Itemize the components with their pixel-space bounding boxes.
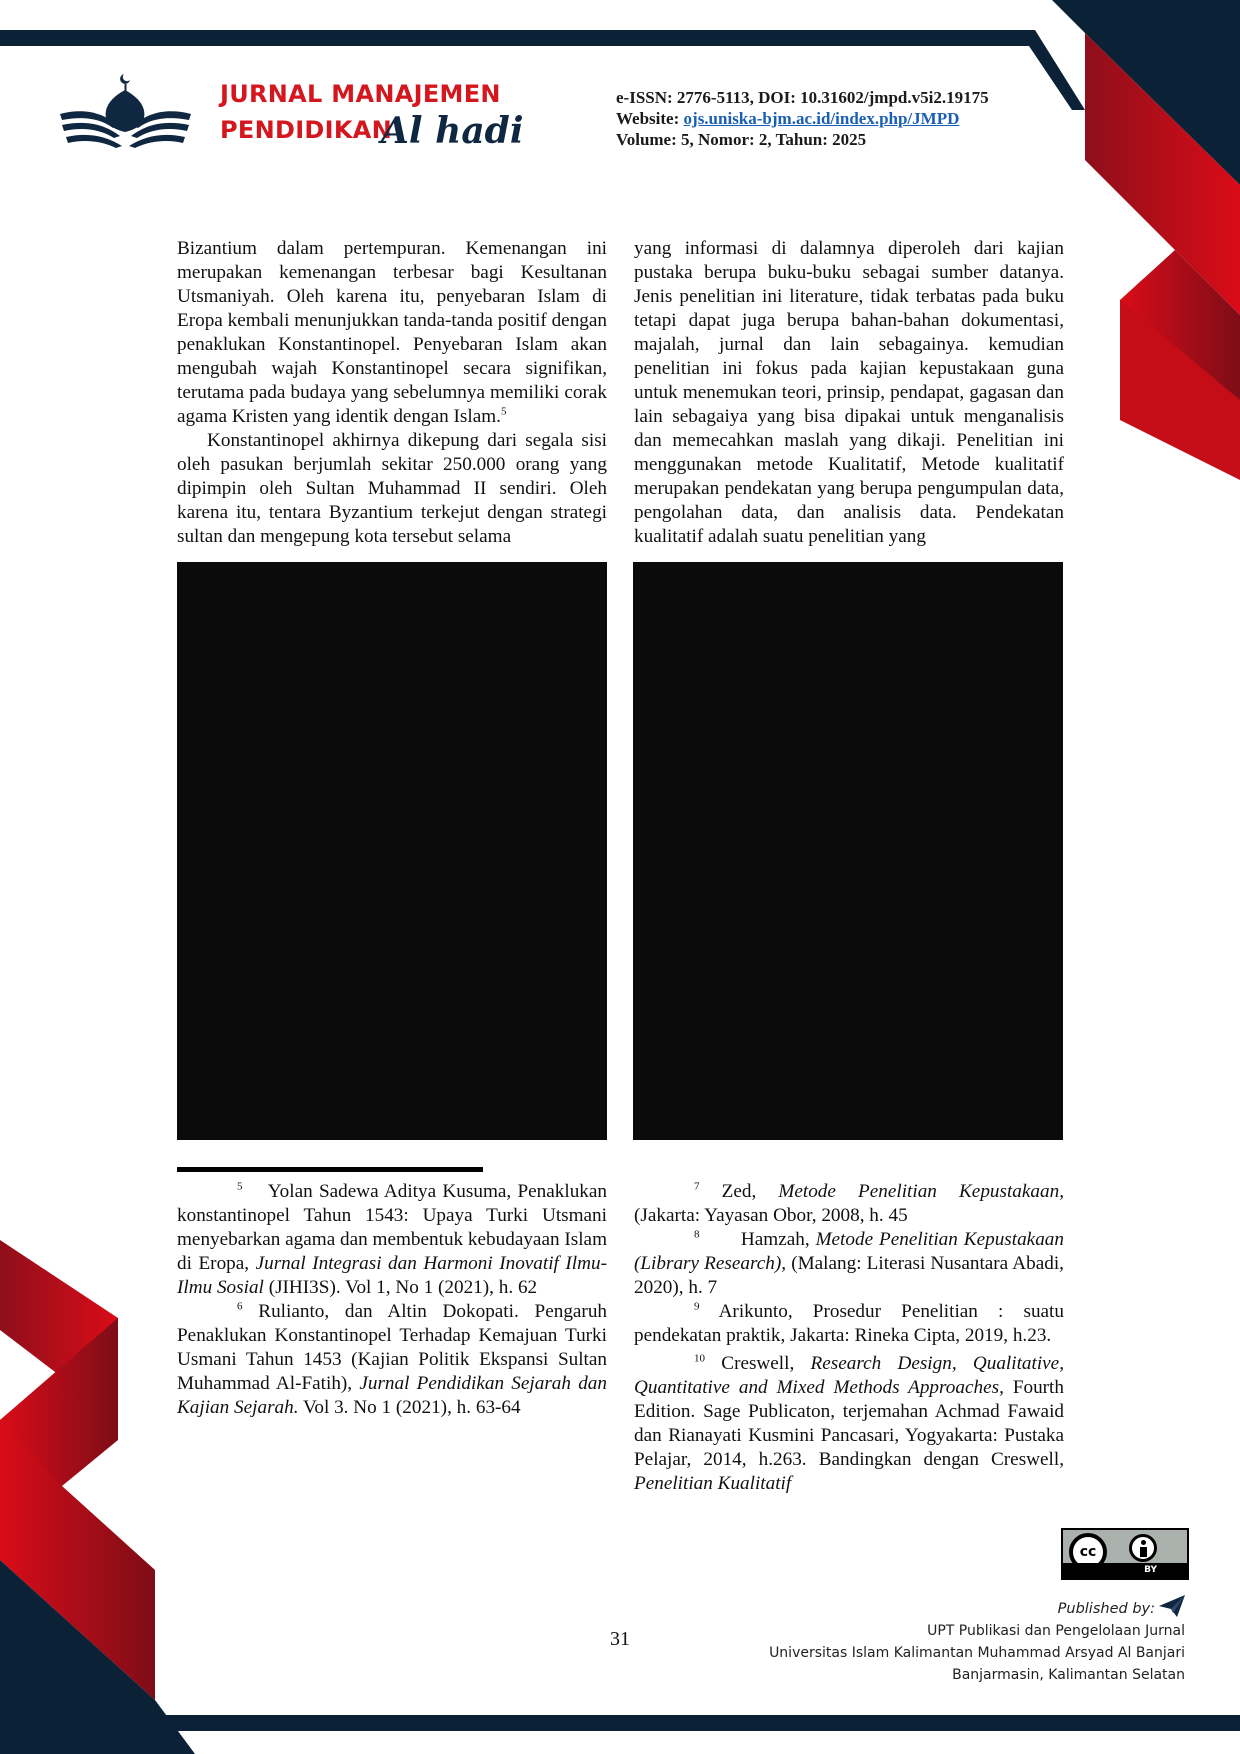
journal-logo: JURNAL MANAJEMEN PENDIDIKAN Al hadi (58, 70, 518, 160)
journal-metadata: e-ISSN: 2776-5113, DOI: 10.31602/jmpd.v5… (616, 87, 989, 150)
attribution-person-icon (1129, 1534, 1157, 1562)
publisher-line1: UPT Publikasi dan Pengelolaan Jurnal (769, 1620, 1185, 1642)
footnote-5: 5 Yolan Sadewa Aditya Kusuma, Penaklukan… (177, 1180, 607, 1300)
body-column-left: Bizantium dalam pertempuran. Kemenangan … (177, 237, 607, 549)
footnotes-left: 5 Yolan Sadewa Aditya Kusuma, Penaklukan… (177, 1180, 607, 1420)
footnote-6: 6 Rulianto, dan Altin Dokopati. Pengaruh… (177, 1300, 607, 1420)
issn-doi: e-ISSN: 2776-5113, DOI: 10.31602/jmpd.v5… (616, 87, 989, 108)
website-label: Website: (616, 109, 684, 128)
cc-by-license-badge[interactable]: cc BY (1061, 1528, 1189, 1580)
footnote-ref[interactable]: 5 (501, 406, 507, 418)
journal-title-line1: JURNAL MANAJEMEN (220, 80, 501, 108)
cc-by-label: BY (1144, 1563, 1157, 1578)
published-by-label: Published by: (1058, 1601, 1155, 1617)
paper-plane-icon (1159, 1595, 1185, 1617)
website-line: Website: ojs.uniska-bjm.ac.id/index.php/… (616, 108, 989, 129)
mosque-book-icon (58, 70, 193, 155)
footnote-8: 8 Hamzah, Metode Penelitian Kepustakaan … (634, 1228, 1064, 1300)
publisher-line3: Banjarmasin, Kalimantan Selatan (769, 1664, 1185, 1686)
footnotes-right: 7 Zed, Metode Penelitian Kepustakaan, (J… (634, 1180, 1064, 1496)
redacted-block-right (633, 562, 1063, 1140)
footnote-9: 9 Arikunto, Prosedur Penelitian : suatu … (634, 1300, 1064, 1348)
paragraph: Konstantinopel akhirnya dikepung dari se… (177, 429, 607, 549)
footnote-separator (177, 1167, 483, 1172)
footnote-7: 7 Zed, Metode Penelitian Kepustakaan, (J… (634, 1180, 1064, 1228)
publisher-line2: Universitas Islam Kalimantan Muhammad Ar… (769, 1642, 1185, 1664)
footnote-10: 10 Creswell, Research Design, Qualitativ… (634, 1352, 1064, 1496)
publisher-info: Published by: UPT Publikasi dan Pengelol… (769, 1595, 1185, 1686)
paragraph: yang informasi di dalamnya diperoleh dar… (634, 237, 1064, 549)
redacted-block-left (177, 562, 607, 1140)
journal-title-line2: PENDIDIKAN (220, 116, 392, 144)
page-number: 31 (600, 1628, 640, 1651)
body-column-right: yang informasi di dalamnya diperoleh dar… (634, 237, 1064, 549)
journal-title-script: Al hadi (381, 110, 524, 152)
website-link[interactable]: ojs.uniska-bjm.ac.id/index.php/JMPD (684, 109, 960, 128)
paragraph: Bizantium dalam pertempuran. Kemenangan … (177, 237, 607, 429)
volume-info: Volume: 5, Nomor: 2, Tahun: 2025 (616, 129, 989, 150)
